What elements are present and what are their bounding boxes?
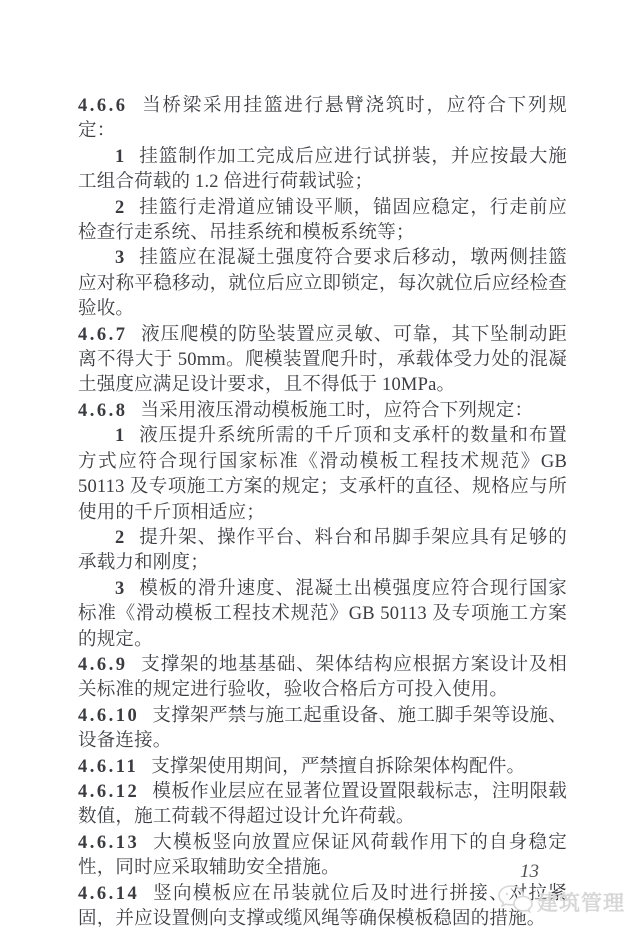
clause-text: 竖向模板应在吊装就位后及时进行拼接、对拉紧固，并应设置侧向支撑或缆风绳等确保模板…	[78, 884, 567, 927]
clauses-container: 4.6.6当桥梁采用挂篮进行悬臂浇筑时，应符合下列规定：1挂篮制作加工完成后应进…	[78, 94, 567, 927]
clause-4.6.6: 4.6.6当桥梁采用挂篮进行悬臂浇筑时，应符合下列规定：	[78, 94, 567, 145]
item-number: 3	[115, 579, 124, 599]
chat-bubbles-icon	[497, 884, 533, 919]
item-text: 挂篮应在混凝土强度符合要求后移动，墩两侧挂篮应对称平稳移动，就位后应立即锁定，每…	[78, 248, 567, 319]
clause-text: 支撑架严禁与施工起重设备、施工脚手架等设施、设备连接。	[78, 706, 567, 751]
clause-number: 4.6.12	[78, 782, 139, 802]
page-number: 13	[520, 861, 539, 883]
clause-number: 4.6.10	[78, 706, 139, 726]
clause-4.6.7: 4.6.7液压爬模的防坠装置应灵敏、可靠，其下坠制动距离不得大于 50mm。爬模…	[78, 323, 567, 399]
clause-number: 4.6.14	[78, 884, 139, 904]
clause-text: 当桥梁采用挂篮进行悬臂浇筑时，应符合下列规定：	[78, 96, 567, 141]
watermark: 建筑管理	[497, 884, 625, 919]
watermark-text: 建筑管理	[537, 887, 625, 917]
clause-number: 4.6.13	[78, 833, 139, 853]
item-number: 1	[115, 147, 124, 167]
item-text: 挂篮行走滑道应铺设平顺，锚固应稳定，行走前应检查行走系统、吊挂系统和模板系统等；	[78, 198, 567, 243]
clause-4.6.6-item-3: 3挂篮应在混凝土强度符合要求后移动，墩两侧挂篮应对称平稳移动，就位后应立即锁定，…	[78, 246, 567, 322]
clause-4.6.12: 4.6.12模板作业层应在显著位置设置限载标志，注明限载数值，施工荷载不得超过设…	[78, 780, 567, 831]
item-number: 2	[115, 198, 124, 218]
clause-4.6.8: 4.6.8当采用液压滑动模板施工时，应符合下列规定：	[78, 399, 567, 424]
clause-4.6.9: 4.6.9支撑架的地基基础、架体结构应根据方案设计及相关标准的规定进行验收，验收…	[78, 653, 567, 704]
item-text: 模板的滑升速度、混凝土出模强度应符合现行国家标准《滑动模板工程技术规范》GB 5…	[78, 579, 567, 650]
clause-4.6.11: 4.6.11支撑架使用期间，严禁擅自拆除架体构配件。	[78, 755, 567, 780]
clause-text: 液压爬模的防坠装置应灵敏、可靠，其下坠制动距离不得大于 50mm。爬模装置爬升时…	[78, 325, 567, 396]
clause-4.6.10: 4.6.10支撑架严禁与施工起重设备、施工脚手架等设施、设备连接。	[78, 704, 567, 755]
clause-number: 4.6.8	[78, 401, 128, 421]
clause-4.6.13: 4.6.13大模板竖向放置应保证风荷载作用下的自身稳定性，同时应采取辅助安全措施…	[78, 831, 567, 882]
clause-4.6.6-item-2: 2挂篮行走滑道应铺设平顺，锚固应稳定，行走前应检查行走系统、吊挂系统和模板系统等…	[78, 196, 567, 247]
clause-text: 模板作业层应在显著位置设置限载标志，注明限载数值，施工荷载不得超过设计允许荷载。	[78, 782, 567, 827]
clause-number: 4.6.9	[78, 655, 128, 675]
item-number: 1	[115, 426, 124, 446]
item-text: 液压提升系统所需的千斤顶和支承杆的数量和布置方式应符合现行国家标准《滑动模板工程…	[78, 426, 567, 522]
clause-text: 当采用液压滑动模板施工时，应符合下列规定：	[141, 401, 534, 421]
clause-number: 4.6.11	[78, 757, 138, 777]
clause-text: 支撑架的地基基础、架体结构应根据方案设计及相关标准的规定进行验收，验收合格后方可…	[78, 655, 567, 700]
clause-text: 大模板竖向放置应保证风荷载作用下的自身稳定性，同时应采取辅助安全措施。	[78, 833, 567, 878]
item-number: 2	[115, 528, 124, 548]
item-text: 提升架、操作平台、料台和吊脚手架应具有足够的承载力和刚度；	[78, 528, 567, 573]
item-text: 挂篮制作加工完成后应进行试拼装，并应按最大施工组合荷载的 1.2 倍进行荷载试验…	[78, 147, 567, 192]
clause-number: 4.6.7	[78, 325, 128, 345]
clause-4.6.8-item-3: 3模板的滑升速度、混凝土出模强度应符合现行国家标准《滑动模板工程技术规范》GB …	[78, 577, 567, 653]
clause-4.6.14: 4.6.14竖向模板应在吊装就位后及时进行拼接、对拉紧固，并应设置侧向支撑或缆风…	[78, 882, 567, 927]
clause-4.6.8-item-1: 1液压提升系统所需的千斤顶和支承杆的数量和布置方式应符合现行国家标准《滑动模板工…	[78, 424, 567, 526]
clause-text: 支撑架使用期间，严禁擅自拆除架体构配件。	[151, 757, 525, 777]
clause-number: 4.6.6	[78, 96, 128, 116]
clause-4.6.8-item-2: 2提升架、操作平台、料台和吊脚手架应具有足够的承载力和刚度；	[78, 526, 567, 577]
item-number: 3	[115, 248, 124, 268]
clause-4.6.6-item-1: 1挂篮制作加工完成后应进行试拼装，并应按最大施工组合荷载的 1.2 倍进行荷载试…	[78, 145, 567, 196]
document-page: 4.6.6当桥梁采用挂篮进行悬臂浇筑时，应符合下列规定：1挂篮制作加工完成后应进…	[0, 0, 640, 927]
